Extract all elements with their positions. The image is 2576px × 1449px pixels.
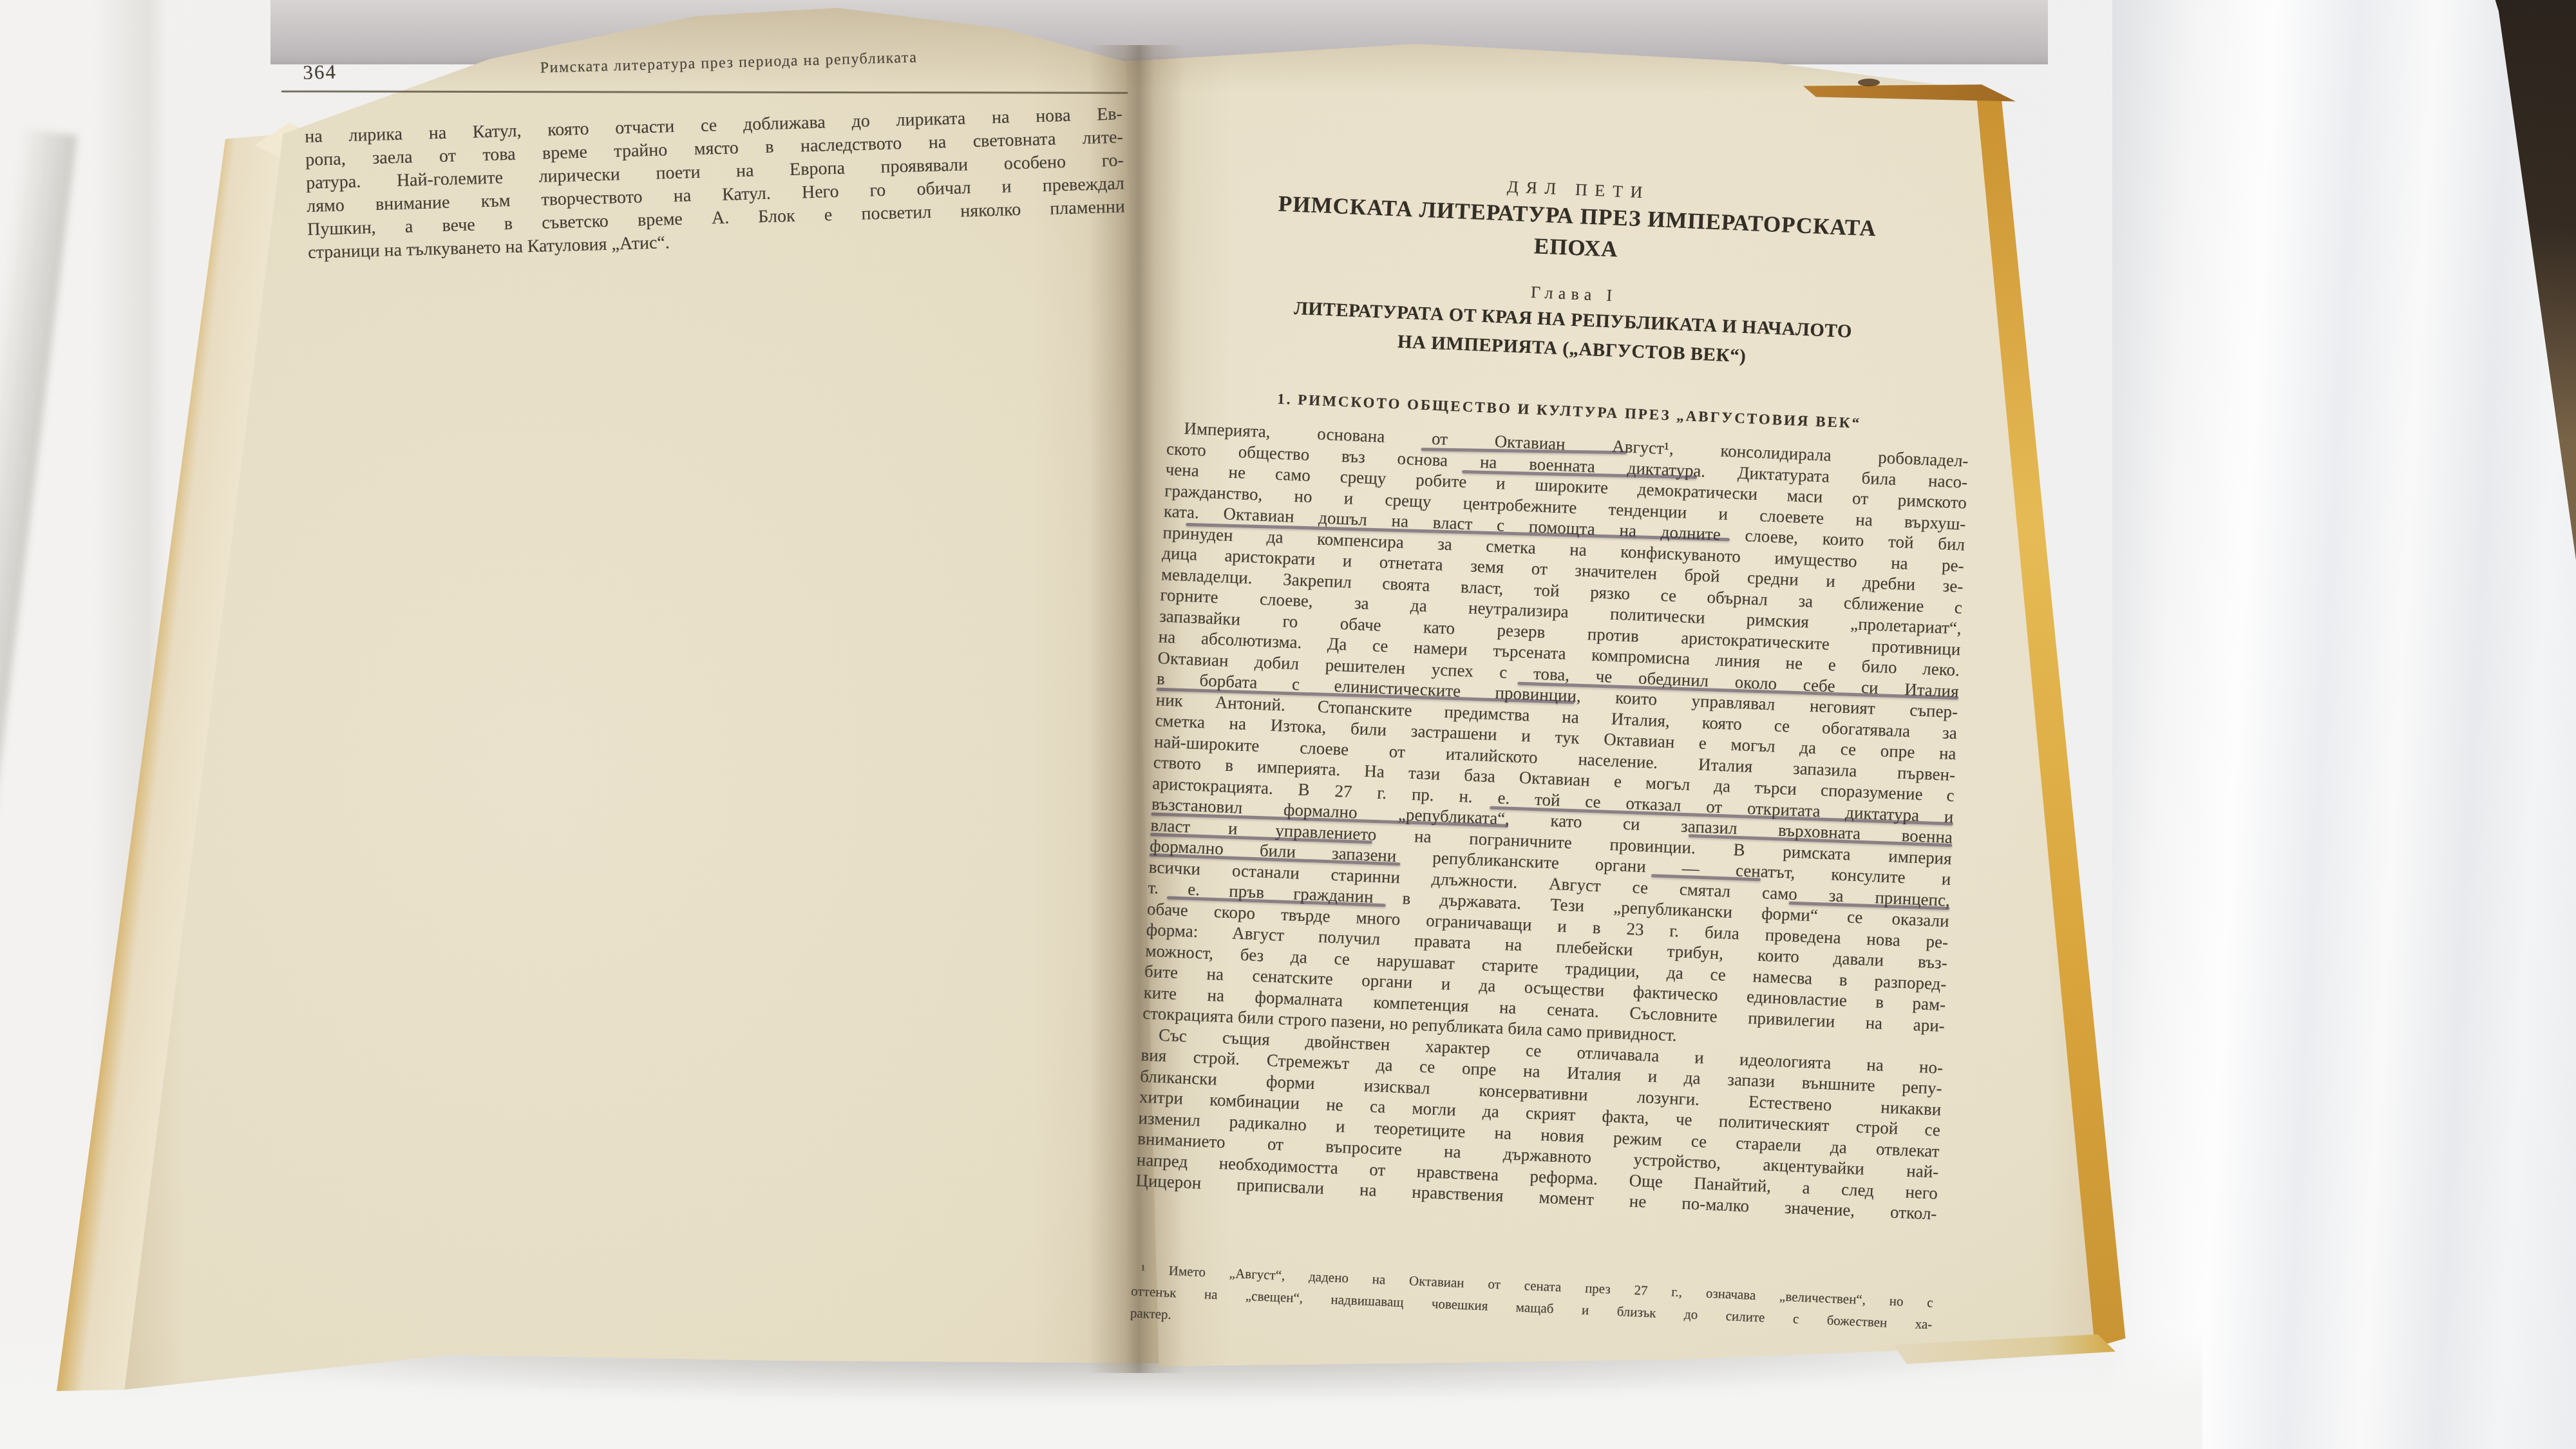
page-damage-speck: [1858, 79, 1880, 86]
left-paragraph: на лирика на Катул, която отчасти се доб…: [305, 103, 1126, 265]
right-paragraph: Империята, основана от Октавиан Август¹,…: [1135, 417, 1969, 1225]
cloth-folds-right: [2112, 0, 2576, 1449]
page-number: 364: [303, 61, 337, 84]
book-photo: 364 Римската литература през периода на …: [0, 0, 2576, 1449]
